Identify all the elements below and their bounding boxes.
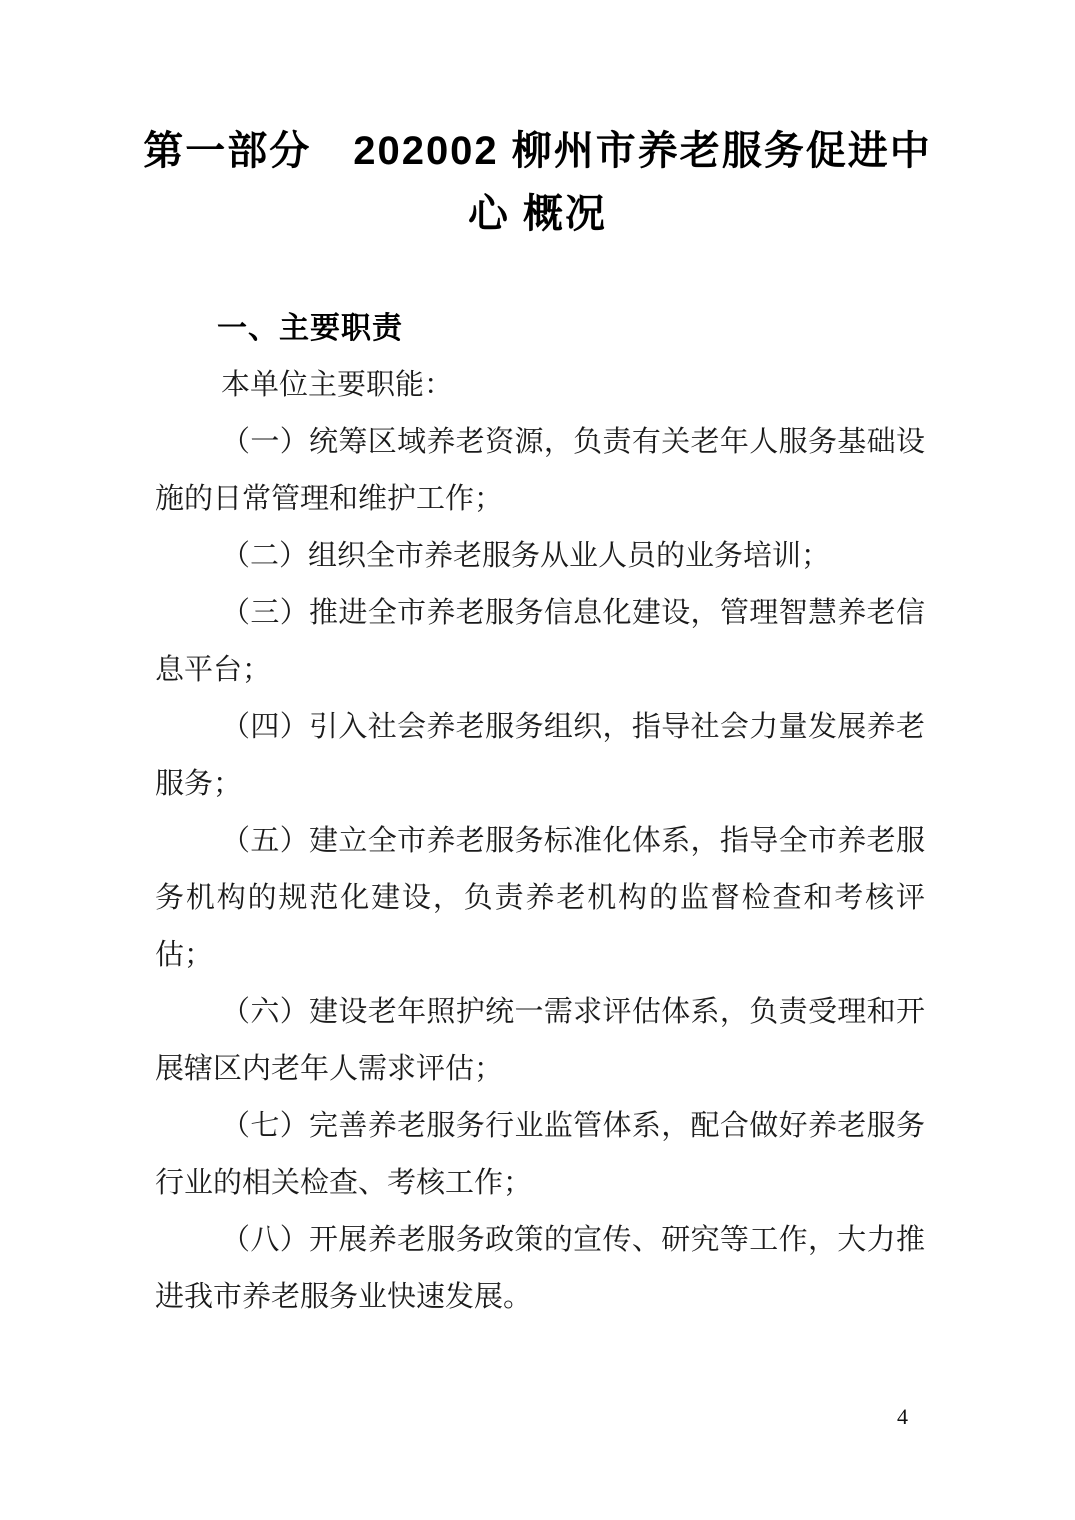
document-body: 一、主要职责 本单位主要职能： （一）统筹区域养老资源，负责有关老年人服务基础设… bbox=[155, 300, 925, 1326]
duty-paragraph-7: （七）完善养老服务行业监管体系，配合做好养老服务行业的相关检查、考核工作； bbox=[155, 1098, 925, 1212]
duty-paragraph-2: （二）组织全市养老服务从业人员的业务培训； bbox=[155, 528, 925, 585]
duty-paragraph-5: （五）建立全市养老服务标准化体系，指导全市养老服务机构的规范化建设，负责养老机构… bbox=[155, 813, 925, 984]
document-title: 第一部分 202002 柳州市养老服务促进中 心 概况 bbox=[0, 120, 1075, 246]
duty-paragraph-3: （三）推进全市养老服务信息化建设，管理智慧养老信息平台； bbox=[155, 585, 925, 699]
duty-paragraph-4: （四）引入社会养老服务组织，指导社会力量发展养老服务； bbox=[155, 699, 925, 813]
document-page: { "document": { "title": { "line1": "第一部… bbox=[0, 0, 1075, 1520]
document-title-line-2: 心 概况 bbox=[0, 183, 1075, 246]
document-title-line-1: 第一部分 202002 柳州市养老服务促进中 bbox=[0, 120, 1075, 183]
section-heading: 一、主要职责 bbox=[155, 300, 925, 357]
intro-paragraph: 本单位主要职能： bbox=[155, 357, 925, 414]
duty-paragraph-6: （六）建设老年照护统一需求评估体系，负责受理和开展辖区内老年人需求评估； bbox=[155, 984, 925, 1098]
duty-paragraph-1: （一）统筹区域养老资源，负责有关老年人服务基础设施的日常管理和维护工作； bbox=[155, 414, 925, 528]
duty-paragraph-8: （八）开展养老服务政策的宣传、研究等工作，大力推进我市养老服务业快速发展。 bbox=[155, 1212, 925, 1326]
page-number: 4 bbox=[897, 1403, 908, 1431]
